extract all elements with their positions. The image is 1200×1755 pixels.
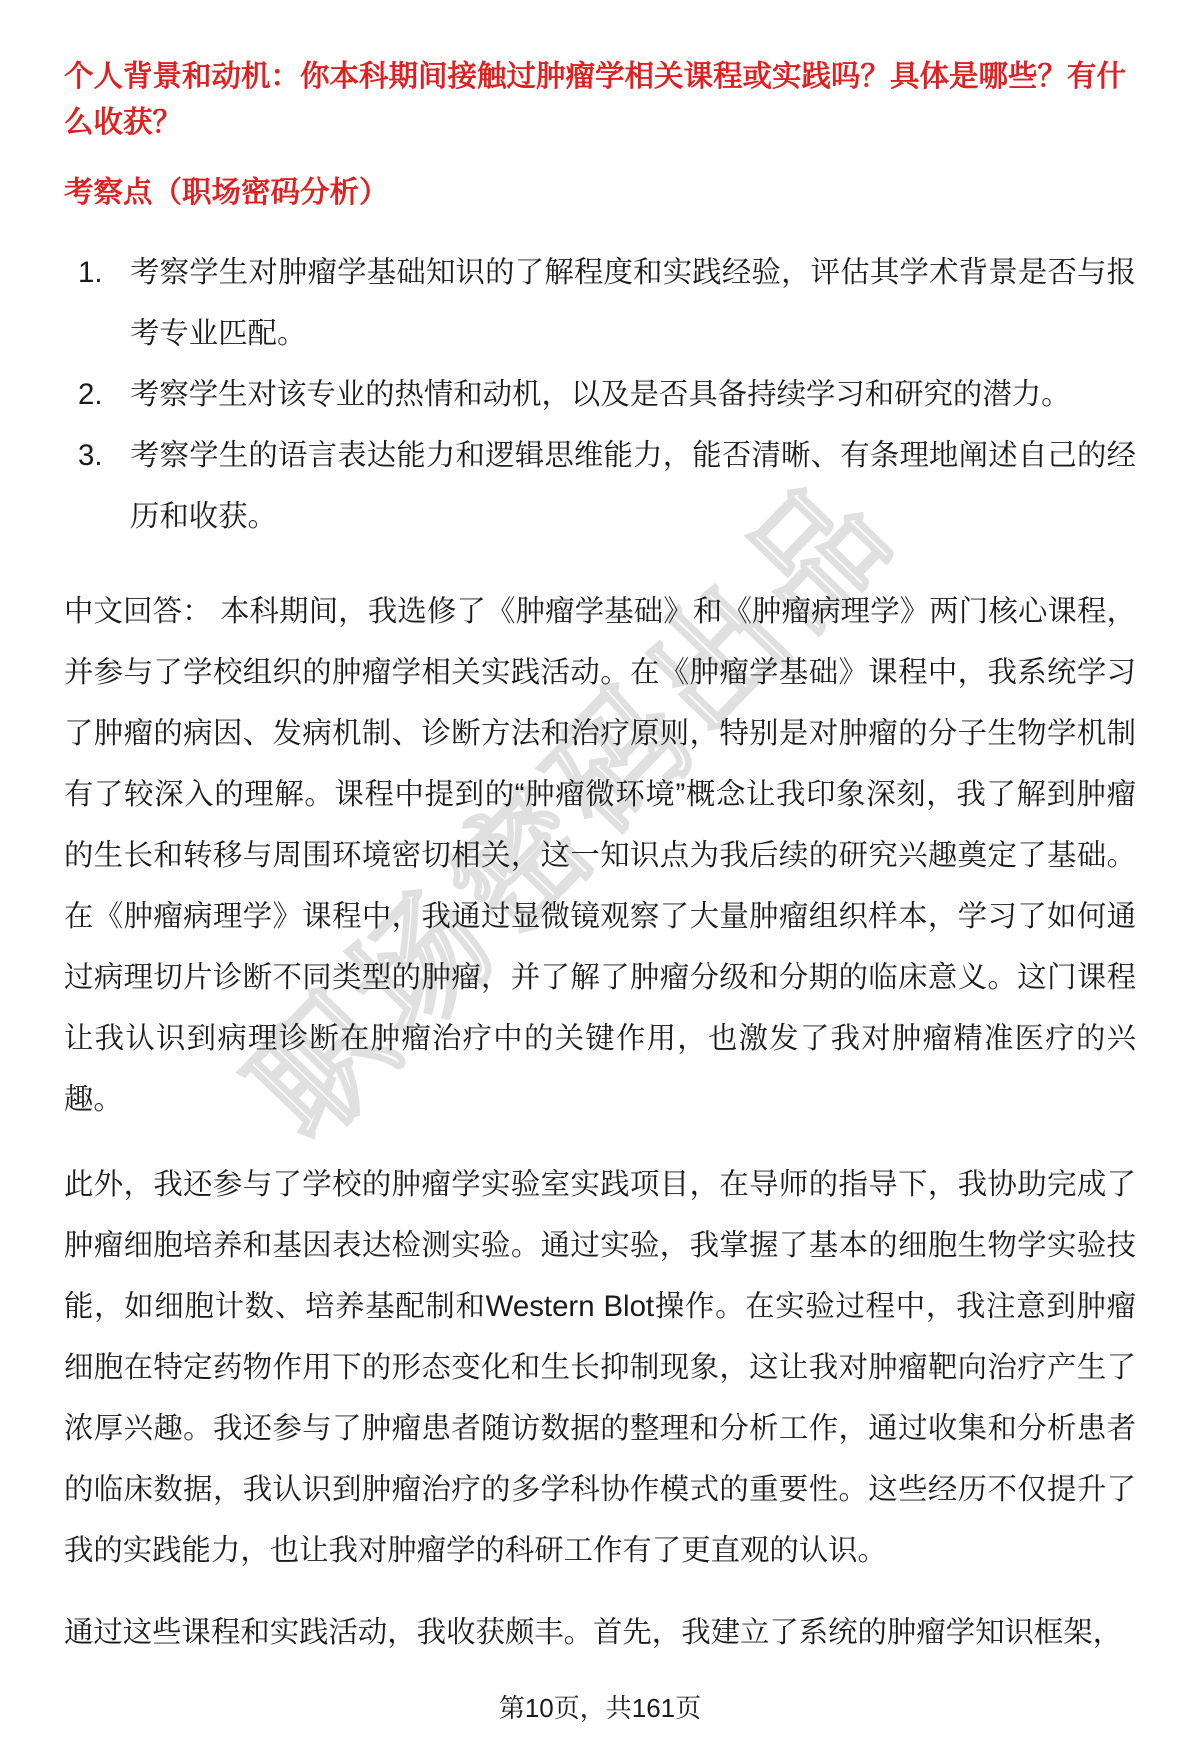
document-page: 职场密码出品 个人背景和动机：你本科期间接触过肿瘤学相关课程或实践吗？具体是哪些… <box>0 0 1200 1755</box>
exam-point-item-3: 3. 考察学生的语言表达能力和逻辑思维能力，能否清晰、有条理地阐述自己的经历和收… <box>64 425 1136 547</box>
page-content: 个人背景和动机：你本科期间接触过肿瘤学相关课程或实践吗？具体是哪些？有什么收获？… <box>0 0 1200 1663</box>
exam-point-number: 3. <box>78 425 103 486</box>
exam-point-item-2: 2. 考察学生对该专业的热情和动机，以及是否具备持续学习和研究的潜力。 <box>64 364 1136 425</box>
answer-paragraph-1: 中文回答： 本科期间，我选修了《肿瘤学基础》和《肿瘤病理学》两门核心课程，并参与… <box>64 581 1136 1130</box>
page-number-footer: 第10页，共161页 <box>0 1688 1200 1728</box>
exam-point-text: 考察学生对肿瘤学基础知识的了解程度和实践经验，评估其学术背景是否与报考专业匹配。 <box>130 256 1136 350</box>
answer-paragraph-2: 此外，我还参与了学校的肿瘤学实验室实践项目，在导师的指导下，我协助完成了肿瘤细胞… <box>64 1154 1136 1581</box>
exam-point-text: 考察学生对该专业的热情和动机，以及是否具备持续学习和研究的潜力。 <box>130 378 1071 411</box>
exam-point-text: 考察学生的语言表达能力和逻辑思维能力，能否清晰、有条理地阐述自己的经历和收获。 <box>130 439 1136 533</box>
exam-point-item-1: 1. 考察学生对肿瘤学基础知识的了解程度和实践经验，评估其学术背景是否与报考专业… <box>64 242 1136 364</box>
exam-points-list: 1. 考察学生对肿瘤学基础知识的了解程度和实践经验，评估其学术背景是否与报考专业… <box>64 242 1136 547</box>
question-title: 个人背景和动机：你本科期间接触过肿瘤学相关课程或实践吗？具体是哪些？有什么收获？ <box>64 54 1136 146</box>
exam-point-number: 1. <box>78 242 103 303</box>
exam-point-number: 2. <box>78 364 103 425</box>
section-heading: 考察点（职场密码分析） <box>64 173 1136 213</box>
answer-paragraph-3: 通过这些课程和实践活动，我收获颇丰。首先，我建立了系统的肿瘤学知识框架， <box>64 1602 1136 1663</box>
